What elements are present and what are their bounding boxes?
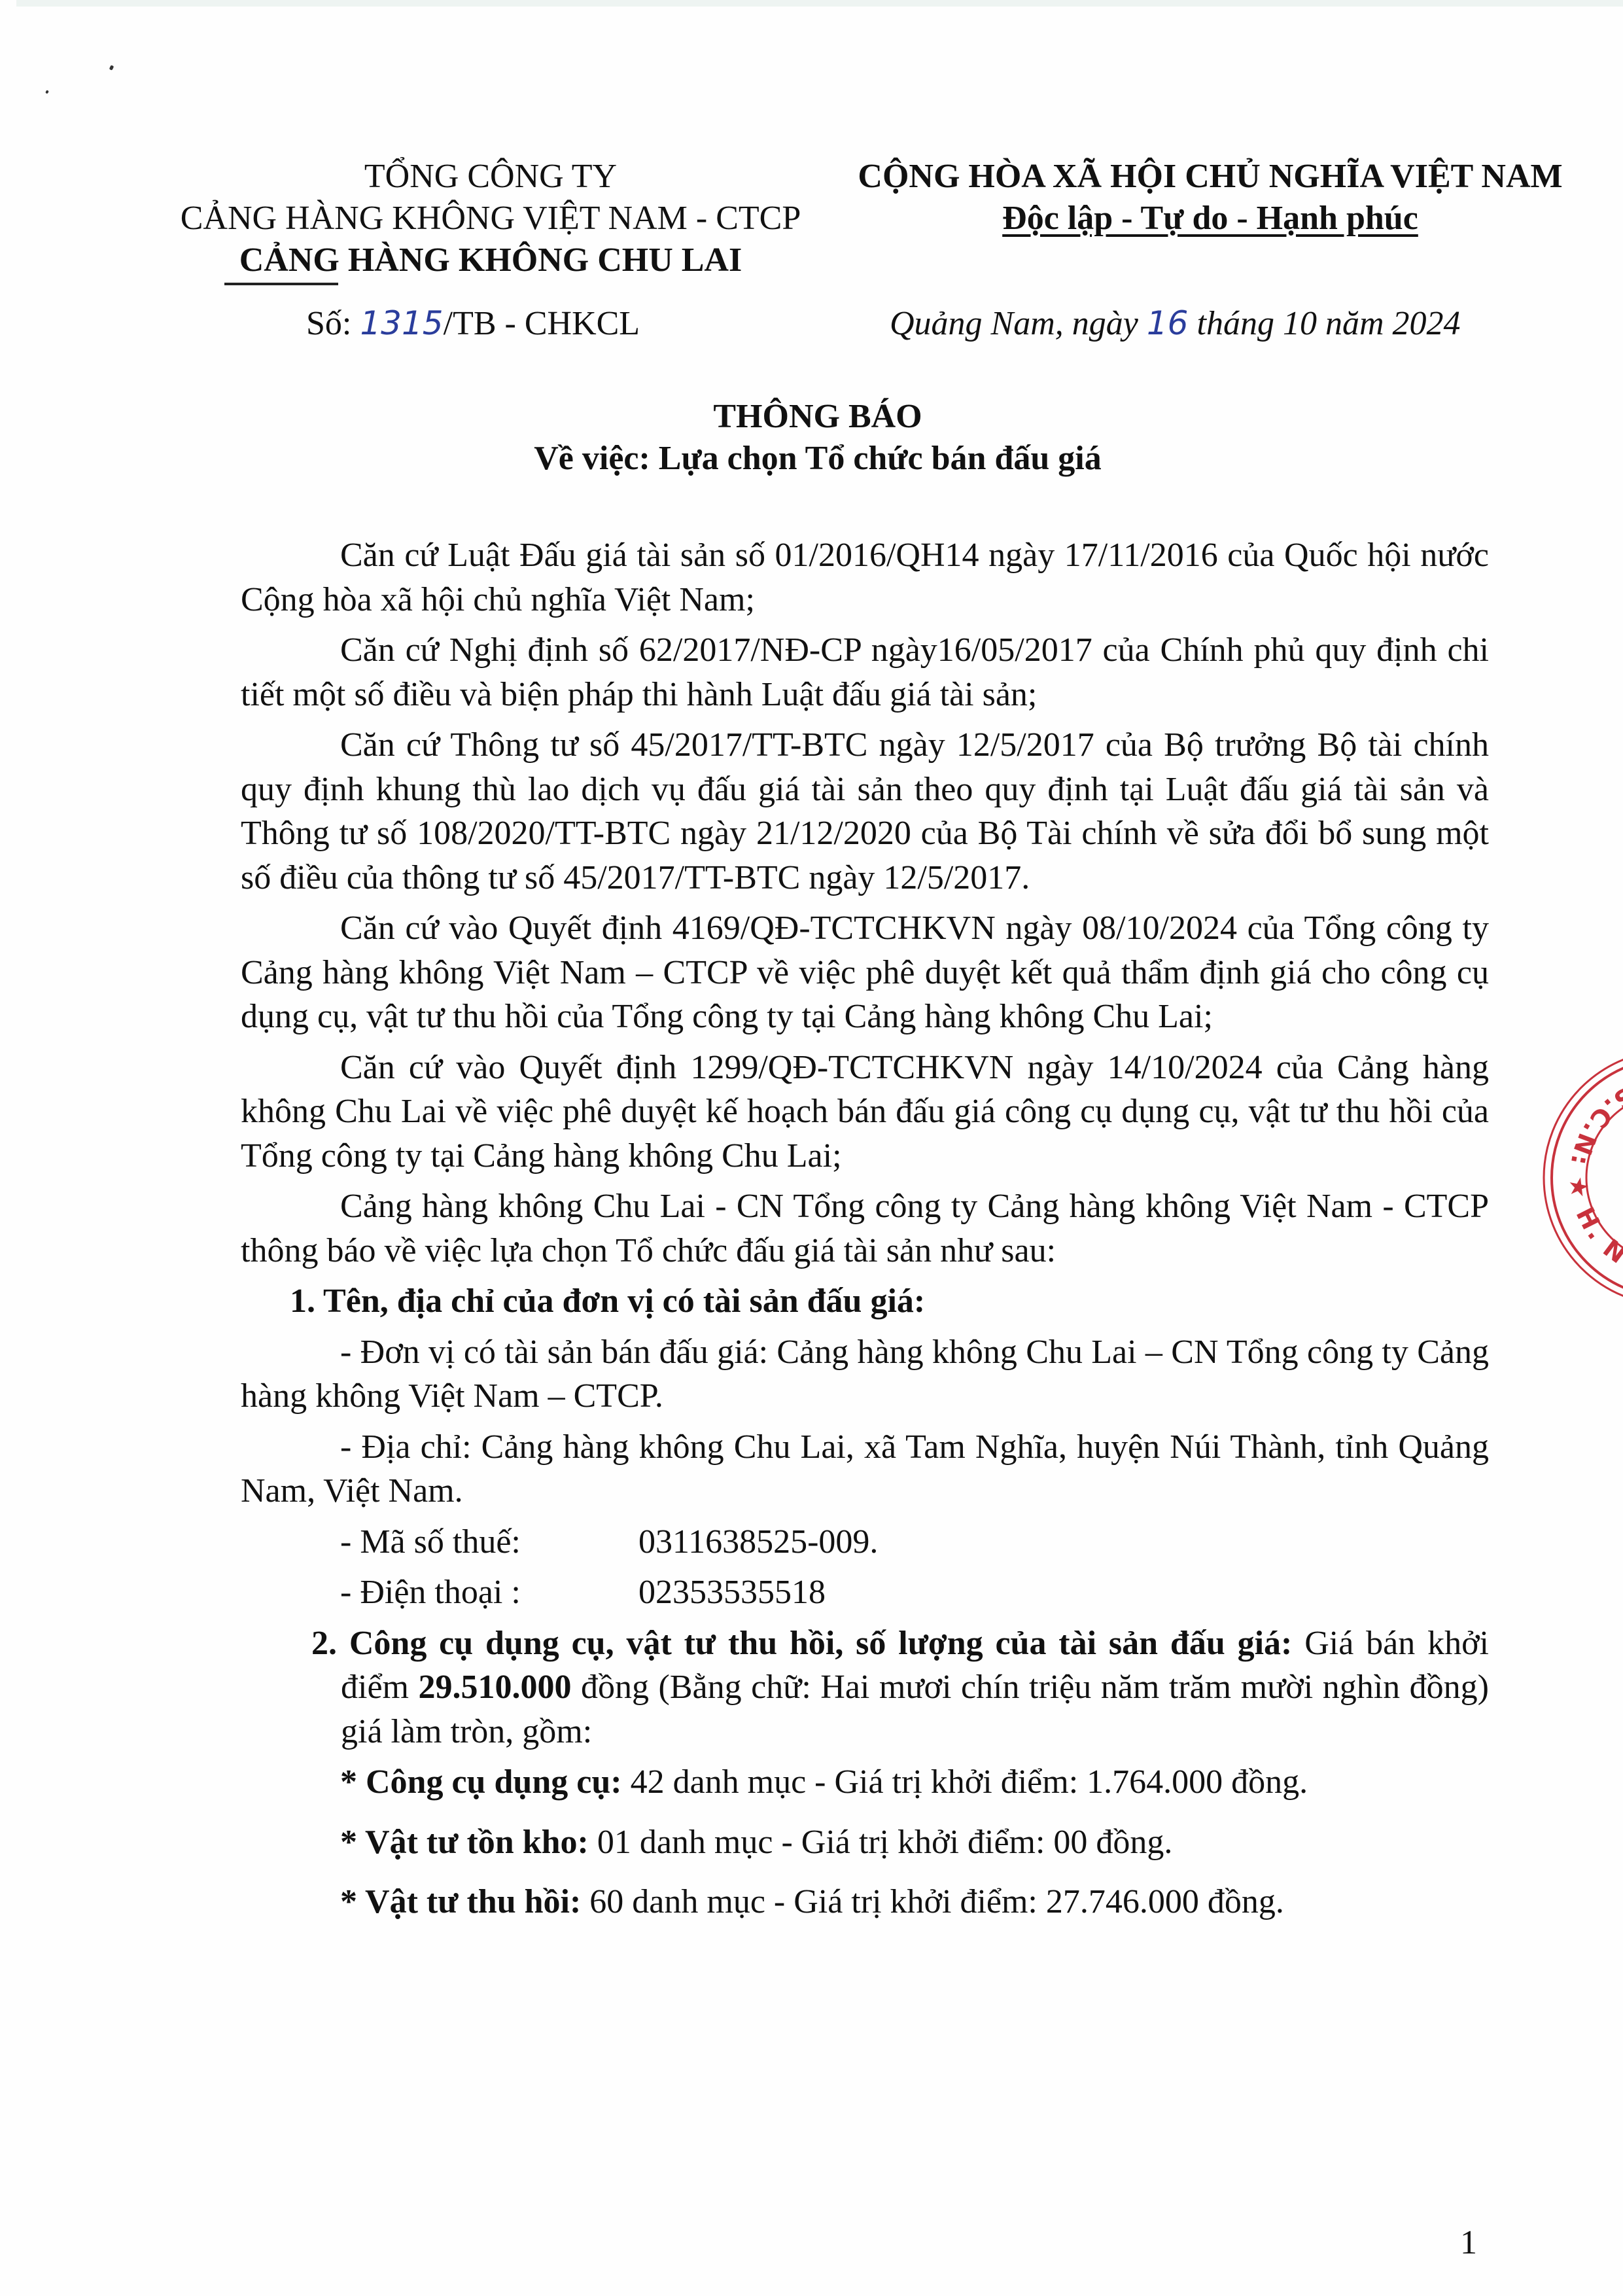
document-body: Căn cứ Luật Đấu giá tài sản số 01/2016/Q…	[241, 533, 1489, 1924]
preamble-paragraph: Căn cứ vào Quyết định 4169/QĐ-TCTCHKVN n…	[241, 906, 1489, 1039]
national-header: CỘNG HÒA XÃ HỘI CHỦ NGHĨA VIỆT NAM Độc l…	[824, 156, 1596, 239]
section-2: 2. Công cụ dụng cụ, vật tư thu hồi, số l…	[241, 1621, 1489, 1754]
document-number: Số: 1315/TB - CHKCL	[306, 302, 640, 345]
phone-label: - Điện thoại :	[241, 1570, 638, 1615]
starting-price-total: 29.510.000	[418, 1669, 571, 1706]
tax-code-label: - Mã số thuế:	[241, 1520, 638, 1564]
owner-address: - Địa chỉ: Cảng hàng không Chu Lai, xã T…	[241, 1425, 1489, 1513]
preamble-paragraph: Căn cứ Thông tư số 45/2017/TT-BTC ngày 1…	[241, 723, 1489, 900]
tax-code-value: 0311638525-009.	[638, 1520, 878, 1564]
page-number: 1	[1460, 2223, 1477, 2262]
national-motto: Độc lập - Tự do - Hạnh phúc	[824, 198, 1596, 239]
section-2-title: 2. Công cụ dụng cụ, vật tư thu hồi, số l…	[311, 1625, 1292, 1662]
issuer-corporation: CẢNG HÀNG KHÔNG VIỆT NAM - CTCP	[131, 198, 850, 239]
issuer-underline	[224, 283, 338, 285]
scan-speck	[45, 90, 49, 94]
scan-edge	[16, 0, 1623, 7]
asset-item: * Công cụ dụng cụ: 42 danh mục - Giá trị…	[241, 1760, 1489, 1805]
place-date: Quảng Nam, ngày 16 tháng 10 năm 2024	[890, 302, 1461, 345]
scan-speck	[109, 65, 114, 70]
handwritten-day: 16	[1147, 304, 1189, 342]
phone-row: - Điện thoại : 02353535518	[241, 1570, 1489, 1615]
section-2-intro: 2. Công cụ dụng cụ, vật tư thu hồi, số l…	[311, 1621, 1489, 1754]
national-title: CỘNG HÒA XÃ HỘI CHỦ NGHĨA VIỆT NAM	[824, 156, 1596, 198]
tax-code-row: - Mã số thuế: 0311638525-009.	[241, 1520, 1489, 1564]
svg-text:M.S.C.N: ★ H. NÚI: M.S.C.N: ★ H. NÚI	[1563, 1070, 1623, 1283]
preamble-paragraph: Cảng hàng không Chu Lai - CN Tổng công t…	[241, 1184, 1489, 1273]
asset-item: * Vật tư tồn kho: 01 danh mục - Giá trị …	[241, 1820, 1489, 1865]
handwritten-number: 1315	[360, 304, 443, 342]
preamble-paragraph: Căn cứ Luật Đấu giá tài sản số 01/2016/Q…	[241, 533, 1489, 622]
title-subject: Về việc: Lựa chọn Tổ chức bán đấu giá	[196, 438, 1439, 480]
document-page: TỔNG CÔNG TY CẢNG HÀNG KHÔNG VIỆT NAM - …	[0, 0, 1623, 2296]
issuer-block: TỔNG CÔNG TY CẢNG HÀNG KHÔNG VIỆT NAM - …	[131, 156, 850, 281]
preamble-paragraph: Căn cứ vào Quyết định 1299/QĐ-TCTCHKVN n…	[241, 1046, 1489, 1178]
official-seal-icon: M.S.C.N: ★ H. NÚI	[1541, 1047, 1623, 1309]
issuer-name: CẢNG HÀNG KHÔNG CHU LAI	[131, 239, 850, 281]
phone-value: 02353535518	[638, 1570, 826, 1615]
owner-unit: - Đơn vị có tài sản bán đấu giá: Cảng hà…	[241, 1330, 1489, 1419]
section-1-title: 1. Tên, địa chỉ của đơn vị có tài sản đấ…	[241, 1279, 1489, 1324]
title-main: THÔNG BÁO	[196, 396, 1439, 438]
issuer-parent: TỔNG CÔNG TY	[131, 156, 850, 198]
preamble-paragraph: Căn cứ Nghị định số 62/2017/NĐ-CP ngày16…	[241, 628, 1489, 716]
asset-item: * Vật tư thu hồi: 60 danh mục - Giá trị …	[241, 1880, 1489, 1924]
document-title: THÔNG BÁO Về việc: Lựa chọn Tổ chức bán …	[196, 396, 1439, 480]
